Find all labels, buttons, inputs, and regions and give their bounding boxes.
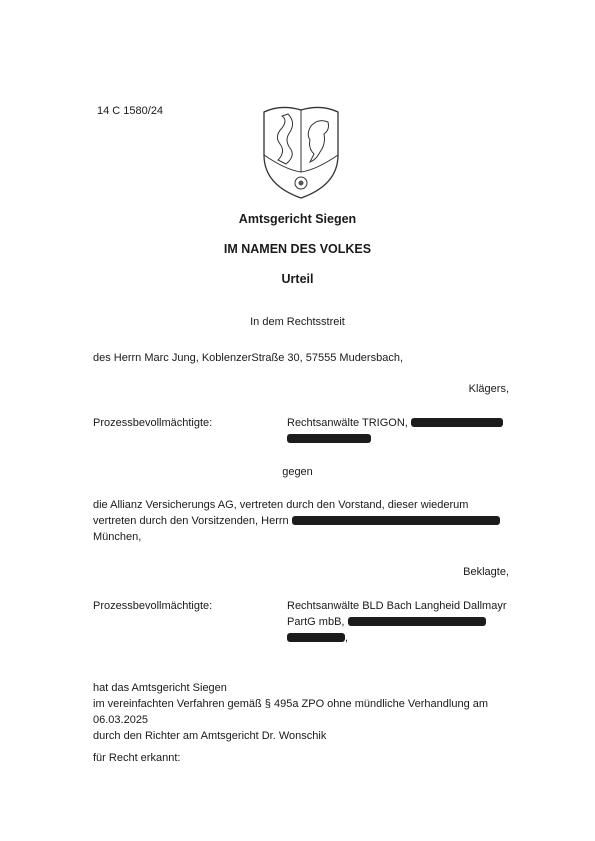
defendant-counsel-line-2: PartG mbB, <box>287 614 507 630</box>
defendant-counsel-line-3-suffix: , <box>345 632 348 644</box>
closing-block: hat das Amtsgericht Siegen im vereinfach… <box>93 680 488 766</box>
defendant-line-2-text: vertreten durch den Vorsitzenden, Herrn <box>93 515 289 527</box>
plaintiff-counsel-name: Rechtsanwälte TRIGON, <box>287 417 408 429</box>
closing-line-1: hat das Amtsgericht Siegen <box>93 680 488 696</box>
plaintiff-role: Klägers, <box>469 383 509 395</box>
redaction-bar <box>348 617 486 626</box>
defendant-counsel-line-3: , <box>287 630 507 646</box>
plaintiff-counsel: Rechtsanwälte TRIGON, <box>287 415 503 447</box>
closing-line-4: durch den Richter am Amtsgericht Dr. Won… <box>93 728 488 744</box>
defendant-role: Beklagte, <box>463 566 509 578</box>
case-number: 14 C 1580/24 <box>97 105 163 117</box>
redaction-bar <box>287 633 345 642</box>
closing-line-5: für Recht erkannt: <box>93 750 488 766</box>
redaction-bar <box>287 434 371 443</box>
plaintiff-line: des Herrn Marc Jung, KoblenzerStraße 30,… <box>93 350 403 366</box>
versus-text: gegen <box>0 466 595 478</box>
defendant-counsel-line-1: Rechtsanwälte BLD Bach Langheid Dallmayr <box>287 598 507 614</box>
defendant-counsel-label: Prozessbevollmächtigte: <box>93 598 212 614</box>
document-type: Urteil <box>0 272 595 286</box>
defendant-line-2: vertreten durch den Vorsitzenden, Herrn <box>93 513 500 529</box>
closing-line-3: 06.03.2025 <box>93 712 488 728</box>
im-namen-des-volkes: IM NAMEN DES VOLKES <box>0 242 595 256</box>
closing-line-2: im vereinfachten Verfahren gemäß § 495a … <box>93 696 488 712</box>
defendant-line-3: München, <box>93 529 500 545</box>
defendant-counsel: Rechtsanwälte BLD Bach Langheid Dallmayr… <box>287 598 507 646</box>
plaintiff-counsel-label: Prozessbevollmächtigte: <box>93 415 212 431</box>
redaction-bar <box>411 418 503 427</box>
intro-text: In dem Rechtsstreit <box>0 316 595 328</box>
court-name: Amtsgericht Siegen <box>0 212 595 226</box>
redaction-bar <box>292 516 500 525</box>
coat-of-arms-nrw-icon <box>256 100 346 200</box>
defendant-line-1: die Allianz Versicherungs AG, vertreten … <box>93 497 500 513</box>
defendant-block: die Allianz Versicherungs AG, vertreten … <box>93 497 500 545</box>
defendant-counsel-line-2-text: PartG mbB, <box>287 616 344 628</box>
